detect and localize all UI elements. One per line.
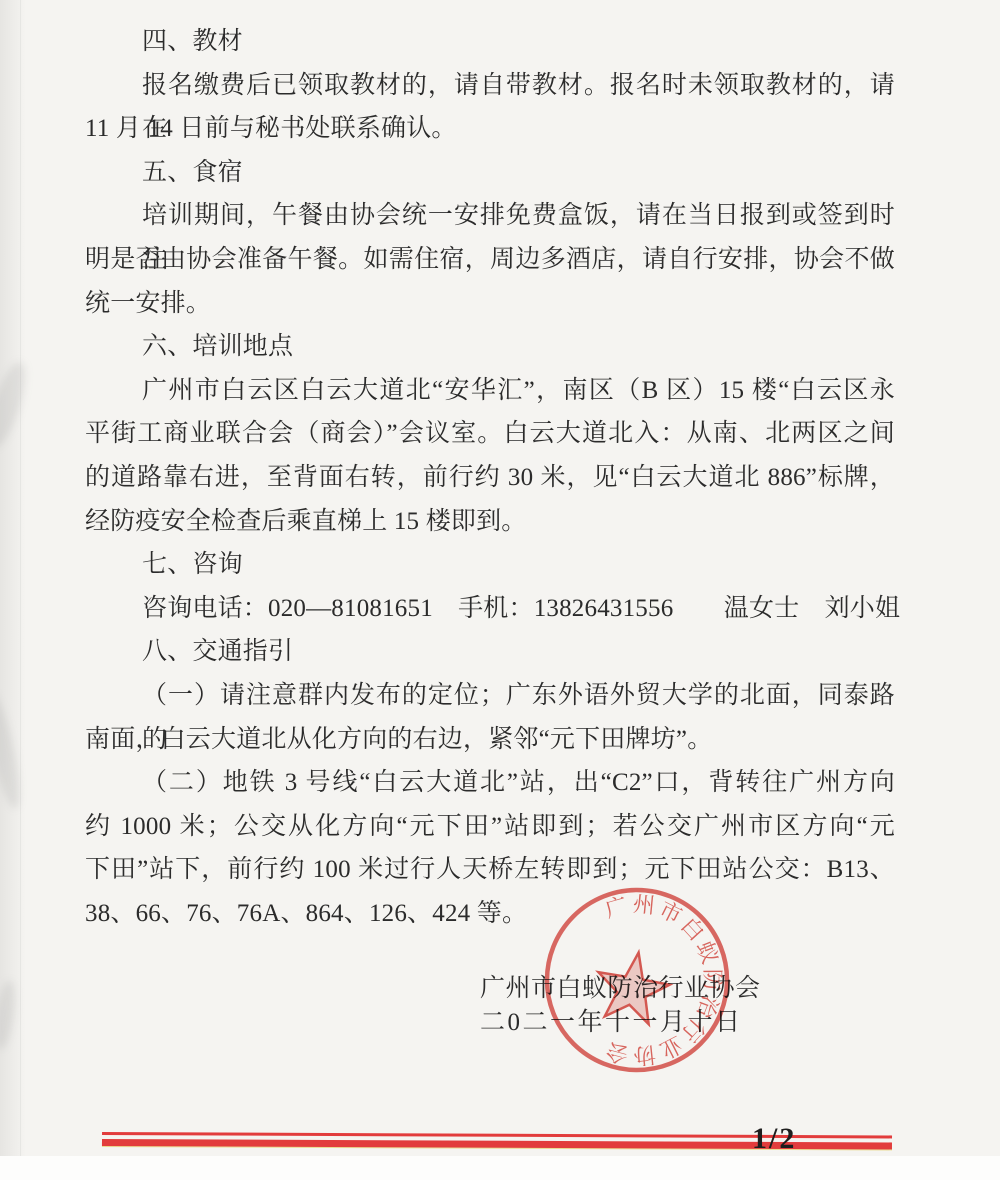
document-line: 平街工商业联合会（商会）”会议室。白云大道北入：从南、北两区之间 — [85, 412, 895, 456]
section-heading-8: 八、交通指引 — [85, 630, 895, 674]
document-line: 报名缴费后已领取教材的，请自带教材。报名时未领取教材的，请在 — [85, 64, 895, 108]
document-line: 统一安排。 — [85, 282, 895, 326]
star-icon — [591, 946, 674, 1026]
scanned-document-page: 四、教材 报名缴费后已领取教材的，请自带教材。报名时未领取教材的，请在 11 月… — [0, 0, 1000, 1180]
document-line: 广州市白云区白云大道北“安华汇”，南区（B 区）15 楼“白云区永 — [85, 369, 895, 413]
contact-info-line: 咨询电话：020—81081651 手机：13826431556 温女士 刘小姐 — [85, 587, 895, 631]
section-heading-7: 七、咨询 — [85, 543, 895, 587]
section-heading-4: 四、教材 — [85, 20, 895, 64]
document-line: 经防疫安全检查后乘直梯上 15 楼即到。 — [85, 500, 895, 544]
document-line: 下田”站下，前行约 100 米过行人天桥左转即到；元下田站公交：B13、 — [85, 848, 895, 892]
page-number: 1/2 — [752, 1122, 796, 1156]
official-seal-stamp: 广州市白蚁防治行业协会 — [537, 880, 737, 1080]
document-line: （一）请注意群内发布的定位；广东外语外贸大学的北面，同泰路的 — [85, 674, 895, 718]
document-line: 明是否由协会准备午餐。如需住宿，周边多酒店，请自行安排，协会不做 — [85, 238, 895, 282]
document-line: 11 月 14 日前与秘书处联系确认。 — [85, 107, 895, 151]
document-line: 的道路靠右进，至背面右转，前行约 30 米，见“白云大道北 886”标牌， — [85, 456, 895, 500]
section-heading-6: 六、培训地点 — [85, 325, 895, 369]
scan-edge-line — [20, 0, 21, 1160]
section-heading-5: 五、食宿 — [85, 151, 895, 195]
document-line: 约 1000 米；公交从化方向“元下田”站即到；若公交广州市区方向“元 — [85, 805, 895, 849]
scan-bottom-band — [0, 1156, 1000, 1180]
document-line: （二）地铁 3 号线“白云大道北”站，出“C2”口，背转往广州方向 — [85, 761, 895, 805]
document-line: 南面，白云大道北从化方向的右边，紧邻“元下田牌坊”。 — [85, 718, 895, 762]
document-line: 培训期间，午餐由协会统一安排免费盒饭，请在当日报到或签到时注 — [85, 194, 895, 238]
document-line: 38、66、76、76A、864、126、424 等。 — [85, 892, 895, 936]
document-body: 四、教材 报名缴费后已领取教材的，请自带教材。报名时未领取教材的，请在 11 月… — [85, 20, 895, 935]
